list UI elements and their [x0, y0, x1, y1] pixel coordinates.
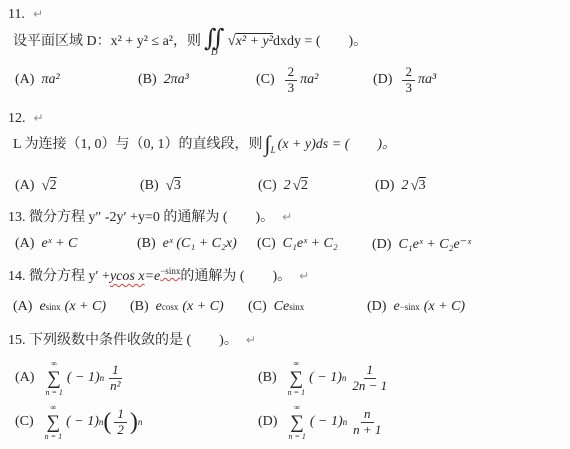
- option-text: C₁eˣ + C₂e⁻ˣ: [398, 236, 471, 253]
- option-label: (B): [130, 299, 149, 315]
- question-11-number: 11.: [8, 7, 25, 22]
- option-14-a: (A) esinx (x + C): [13, 299, 106, 315]
- fraction-numerator: 1: [364, 363, 377, 379]
- option-label: (B): [258, 370, 277, 386]
- option-text: C₁eˣ + C₂: [283, 236, 338, 252]
- series-exponent: n: [343, 417, 348, 427]
- fraction: 2 3: [402, 65, 415, 96]
- close-paren: ): [130, 410, 138, 434]
- radicand: 2: [50, 178, 57, 194]
- option-13-d: (D) C₁eˣ + C₂e⁻ˣ: [372, 236, 471, 253]
- radicand: 3: [419, 178, 426, 194]
- option-text: eˣ (C₁ + C₂x): [163, 236, 237, 252]
- fraction-numerator: 1: [114, 407, 127, 423]
- spellcheck-underlined-term: ycos x: [110, 269, 145, 284]
- series-exponent: n: [342, 373, 347, 383]
- option-15-a: (A) ∞ ∑ n = 1 ( − 1)n 1 n²: [15, 356, 127, 400]
- fraction-denominator: 2: [114, 423, 127, 438]
- option-15-b: (B) ∞ ∑ n = 1 ( − 1)n 1 2n − 1: [258, 356, 393, 400]
- option-exponent: cosx: [162, 302, 179, 312]
- series-exponent: n: [100, 373, 105, 383]
- question-11-stem-post: dxdy = ( )。: [273, 33, 367, 51]
- option-11-b: (B) 2πa³: [138, 60, 189, 100]
- option-12-c: (C) 2 √2: [258, 172, 308, 200]
- option-15-c: (C) ∞ ∑ n = 1 ( − 1)n ( 1 2 )n: [15, 400, 142, 444]
- option-base: Ce: [274, 299, 290, 315]
- radical-sign: √: [166, 178, 174, 195]
- question-12-stem: L 为连接（1, 0）与（0, 1）的直线段，则 ∫L (x + y)ds = …: [13, 133, 396, 157]
- fraction-denominator: 3: [285, 81, 298, 96]
- option-label: (C): [257, 236, 276, 252]
- fraction-denominator: 3: [402, 81, 415, 96]
- option-12-d: (D) 2 √3: [375, 172, 426, 200]
- option-exponent: sinx: [289, 302, 304, 312]
- option-11-d: (D) 2 3 πa³: [373, 60, 436, 100]
- summation-upper-limit: ∞: [294, 360, 300, 368]
- option-text: eˣ + C: [41, 236, 77, 252]
- fraction: n n + 1: [350, 407, 384, 438]
- double-integral-symbol: ∬ D: [204, 27, 224, 57]
- summation-upper-limit: ∞: [51, 360, 57, 368]
- question-11-stem: 设平面区域 D：x² + y² ≤ a²，则 ∬ D √x² + y² dxdy…: [13, 27, 367, 57]
- question-12-number: 12.: [8, 111, 26, 126]
- radicand: 2: [301, 178, 308, 194]
- radical-sign: √: [293, 178, 301, 195]
- question-13-stem: 微分方程 y″ -2y′ +y=0 的通解为 ( )。: [29, 210, 274, 225]
- fraction: 1 2: [114, 407, 127, 438]
- radicand: 3: [174, 178, 181, 194]
- fraction-numerator: 2: [285, 65, 298, 81]
- summation-symbol: ∞ ∑ n = 1: [288, 404, 305, 441]
- question-11-number-line: 11.↵: [8, 6, 43, 24]
- option-post: (x + C): [65, 299, 106, 315]
- sigma-glyph: ∑: [290, 369, 304, 388]
- summation-symbol: ∞ ∑ n = 1: [45, 404, 62, 441]
- option-14-d: (D) e−sinx (x + C): [367, 299, 465, 315]
- question-12-stem-pre: L 为连接（1, 0）与（0, 1）的直线段，则: [13, 136, 263, 154]
- paragraph-return-icon: ↵: [282, 210, 292, 224]
- series-term: ( − 1): [310, 414, 343, 430]
- option-label: (D): [375, 178, 394, 194]
- fraction: 1 n²: [107, 363, 123, 394]
- option-label: (D): [258, 414, 277, 430]
- option-text: πa²: [300, 72, 318, 88]
- summation-lower-limit: n = 1: [45, 389, 62, 397]
- line-integral-symbol: ∫L: [265, 133, 276, 157]
- question-11-sqrt: √x² + y²: [227, 32, 273, 52]
- option-post: (x + C): [182, 299, 223, 315]
- double-integral-domain: D: [211, 48, 218, 57]
- option-label: (A): [15, 370, 34, 386]
- exam-page: 11.↵ 设平面区域 D：x² + y² ≤ a²，则 ∬ D √x² + y²…: [0, 0, 570, 449]
- summation-upper-limit: ∞: [294, 404, 300, 412]
- option-14-c: (C) Cesinx: [248, 299, 304, 315]
- question-15-stem-line: 15. 下列级数中条件收敛的是 ( )。↵: [8, 332, 256, 350]
- radical-sign: √: [227, 33, 235, 49]
- fraction-numerator: 1: [109, 363, 122, 379]
- option-11-a: (A) πa²: [15, 60, 60, 100]
- fraction-denominator: n + 1: [350, 423, 384, 438]
- paragraph-return-icon: ↵: [299, 269, 309, 283]
- option-11-c: (C) 2 3 πa²: [256, 60, 318, 100]
- option-exponent: sinx: [46, 302, 61, 312]
- radical-sign: √: [410, 178, 418, 195]
- series-term: ( − 1): [66, 414, 99, 430]
- sigma-glyph: ∑: [47, 413, 61, 432]
- question-13-number: 13.: [8, 210, 26, 225]
- option-label: (D): [373, 72, 392, 88]
- radicand: x² + y²: [236, 34, 273, 49]
- integral-path: L: [271, 145, 276, 155]
- summation-lower-limit: n = 1: [45, 433, 62, 441]
- exponent-term: −sinx: [160, 266, 180, 276]
- option-post: (x + C): [424, 299, 465, 315]
- fraction-numerator: 2: [402, 65, 415, 81]
- question-12-stem-post: (x + y)ds = ( )。: [278, 136, 396, 154]
- summation-lower-limit: n = 1: [288, 433, 305, 441]
- radical-sign: √: [41, 178, 49, 195]
- option-text: 2πa³: [164, 72, 189, 88]
- fraction: 2 3: [285, 65, 298, 96]
- question-15-stem: 下列级数中条件收敛的是 ( )。: [29, 333, 238, 348]
- question-14-stem-pre: 微分方程 y′ +: [29, 269, 110, 284]
- option-13-a: (A) eˣ + C: [15, 236, 77, 252]
- option-text: πa²: [41, 72, 59, 88]
- option-14-b: (B) ecosx (x + C): [130, 299, 224, 315]
- question-14-stem-line: 14. 微分方程 y′ +ycos x=e−sinx的通解为 ( )。↵: [8, 266, 309, 286]
- question-12-number-line: 12.↵: [8, 110, 44, 128]
- option-15-d: (D) ∞ ∑ n = 1 ( − 1)n n n + 1: [258, 400, 387, 444]
- open-paren: (: [103, 410, 111, 434]
- series-term: ( − 1): [309, 370, 342, 386]
- question-14-stem-mid: =e: [145, 269, 161, 284]
- option-12-a: (A) √2: [15, 172, 57, 200]
- option-label: (D): [367, 299, 386, 315]
- fraction-denominator: n²: [107, 379, 123, 394]
- paragraph-return-icon: ↵: [246, 333, 256, 347]
- option-pre: 2: [284, 178, 291, 194]
- option-label: (B): [138, 72, 157, 88]
- sigma-glyph: ∑: [47, 369, 61, 388]
- option-13-b: (B) eˣ (C₁ + C₂x): [137, 236, 237, 252]
- option-label: (B): [137, 236, 156, 252]
- option-label: (C): [256, 72, 275, 88]
- sigma-glyph: ∑: [290, 413, 304, 432]
- option-pre: 2: [401, 178, 408, 194]
- option-label: (A): [15, 72, 34, 88]
- series-term: ( − 1): [67, 370, 100, 386]
- fraction-numerator: n: [361, 407, 374, 423]
- question-14-number: 14.: [8, 269, 26, 284]
- question-13-stem-line: 13. 微分方程 y″ -2y′ +y=0 的通解为 ( )。↵: [8, 209, 292, 227]
- option-exponent: −sinx: [400, 302, 420, 312]
- question-11-stem-pre: 设平面区域 D：x² + y² ≤ a²，则: [13, 33, 201, 51]
- option-label: (D): [372, 237, 391, 253]
- summation-symbol: ∞ ∑ n = 1: [45, 360, 62, 397]
- summation-symbol: ∞ ∑ n = 1: [288, 360, 305, 397]
- option-12-b: (B) √3: [140, 172, 181, 200]
- question-14-stem-post: 的通解为 ( )。: [180, 269, 291, 284]
- paragraph-return-icon: ↵: [33, 7, 43, 21]
- fraction-denominator: 2n − 1: [349, 379, 390, 394]
- option-label: (C): [15, 414, 34, 430]
- option-label: (A): [15, 178, 34, 194]
- option-label: (B): [140, 178, 159, 194]
- summation-upper-limit: ∞: [51, 404, 57, 412]
- summation-lower-limit: n = 1: [288, 389, 305, 397]
- option-label: (C): [258, 178, 277, 194]
- option-label: (A): [13, 299, 32, 315]
- paragraph-return-icon: ↵: [34, 111, 44, 125]
- option-text: πa³: [418, 72, 436, 88]
- option-label: (A): [15, 236, 34, 252]
- option-13-c: (C) C₁eˣ + C₂: [257, 236, 338, 252]
- fraction: 1 2n − 1: [349, 363, 390, 394]
- outer-exponent: n: [138, 417, 143, 427]
- option-label: (C): [248, 299, 267, 315]
- question-15-number: 15.: [8, 333, 26, 348]
